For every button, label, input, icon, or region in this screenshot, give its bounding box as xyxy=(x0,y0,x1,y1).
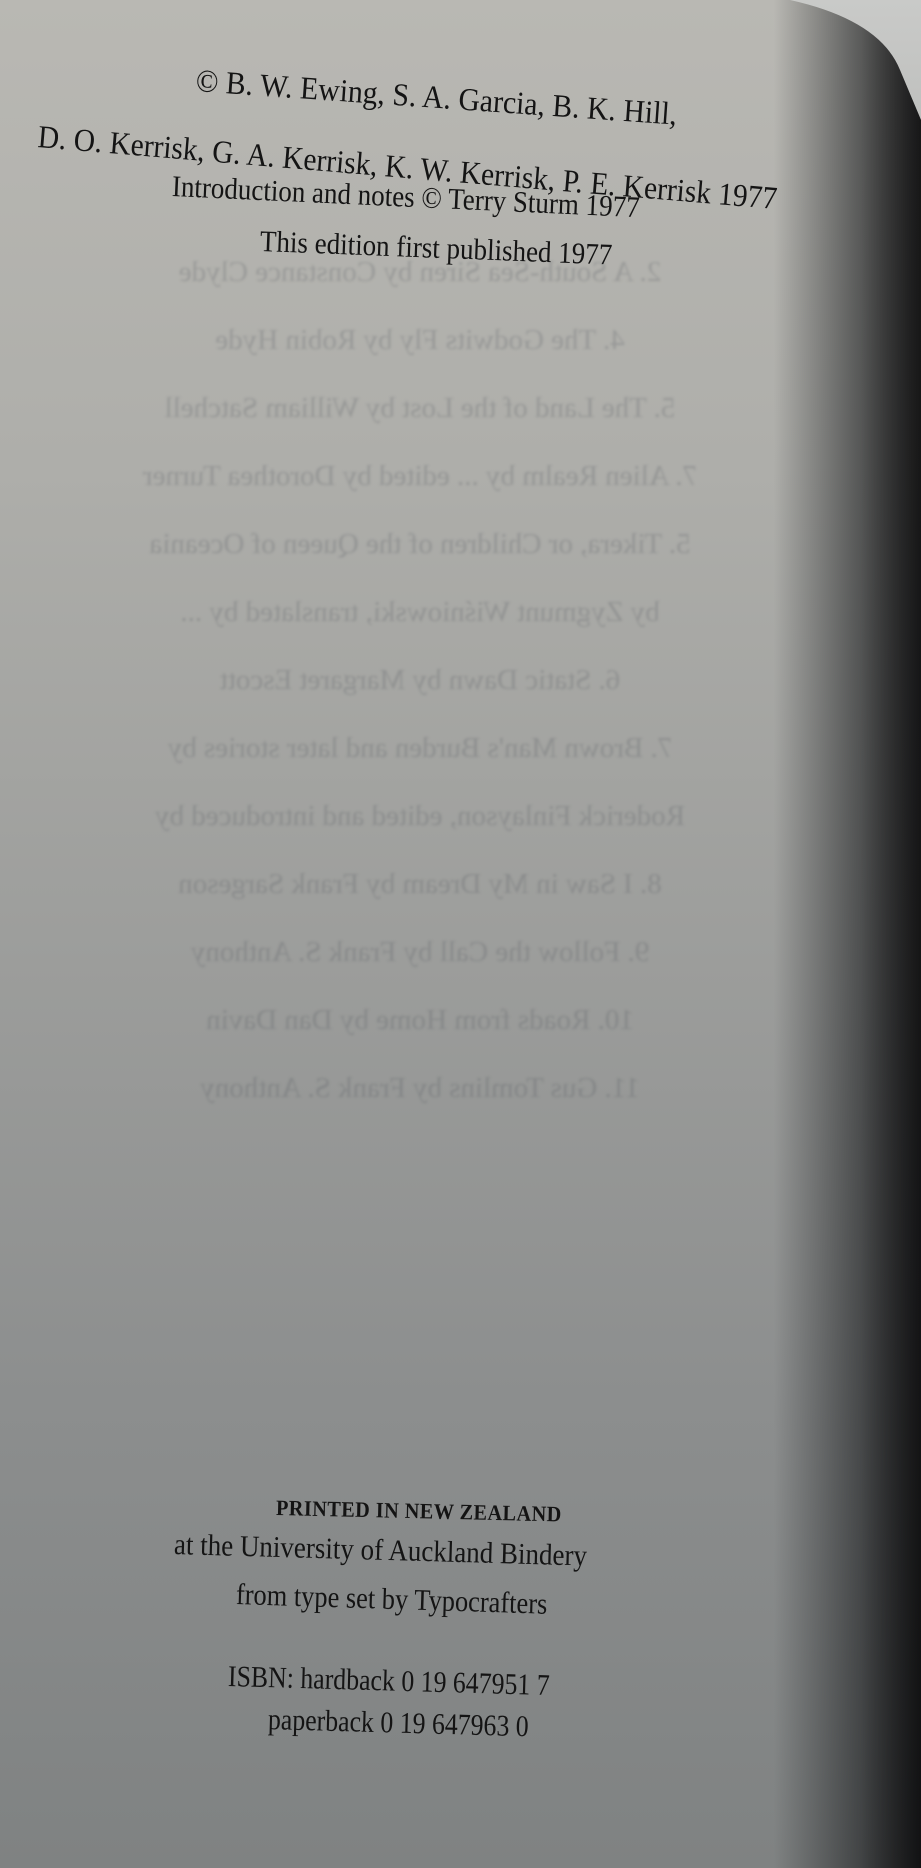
ghost-line: 6. Static Dawn by Margaret Escott xyxy=(40,658,800,702)
ghost-line: 11. Gus Tomlins by Frank S. Anthony xyxy=(40,1066,800,1110)
printed-in-heading: PRINTED IN NEW ZEALAND xyxy=(276,1495,562,1527)
ghost-line: 9. Follow the Call by Frank S. Anthony xyxy=(40,930,800,974)
isbn-paperback: paperback 0 19 647963 0 xyxy=(268,1703,530,1744)
ghost-line: Roderick Finlayson, edited and introduce… xyxy=(40,794,800,838)
ghost-line: 5. Tikera, or Children of the Queen of O… xyxy=(40,522,800,566)
ghost-line: by Zygmunt Wiśniowski, translated by ... xyxy=(40,590,800,634)
book-page: 2. A South-Sea Siren by Constance Clyde … xyxy=(0,0,921,1868)
ghost-line: 4. The Godwits Fly by Robin Hyde xyxy=(40,318,800,362)
printer-line: at the University of Auckland Bindery xyxy=(174,1528,588,1574)
ghost-line: 5. The Land of the Lost by William Satch… xyxy=(40,386,800,430)
copyright-line-1: © B. W. Ewing, S. A. Garcia, B. K. Hill, xyxy=(195,62,679,133)
ghost-line: 10. Roads from Home by Dan Davin xyxy=(40,998,800,1042)
page-curl-shadow xyxy=(861,0,921,1868)
bleed-through-text: 2. A South-Sea Siren by Constance Clyde … xyxy=(40,250,800,1134)
ghost-line: 7. Alien Realm by ... edited by Dorothea… xyxy=(40,454,800,498)
isbn-hardback: ISBN: hardback 0 19 647951 7 xyxy=(228,1660,551,1703)
ghost-line: 8. I Saw in My Dream by Frank Sargeson xyxy=(40,862,800,906)
typesetter-line: from type set by Typocrafters xyxy=(235,1578,547,1622)
ghost-line: 7. Brown Man's Burden and later stories … xyxy=(40,726,800,770)
